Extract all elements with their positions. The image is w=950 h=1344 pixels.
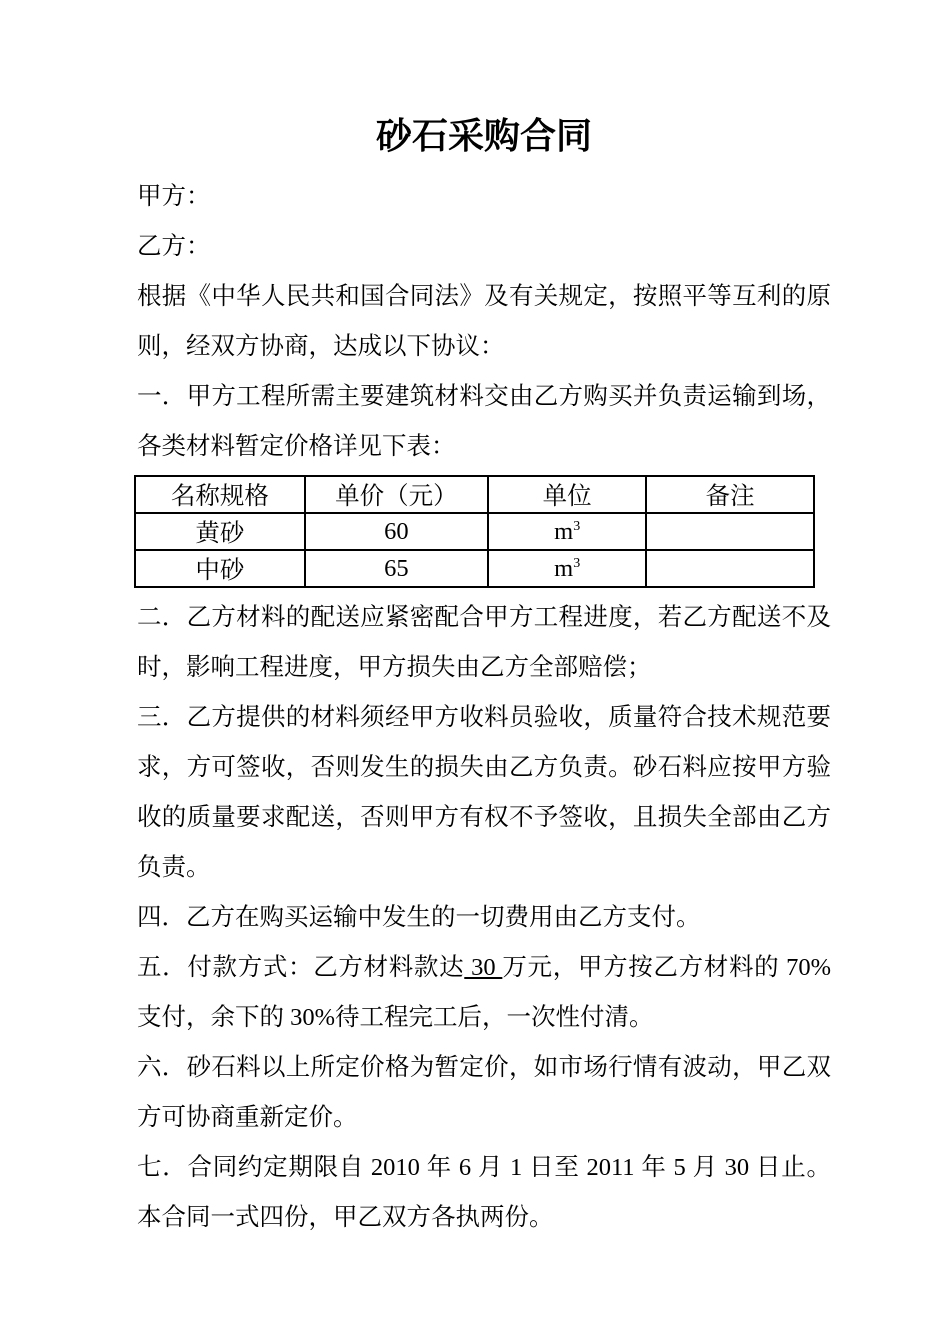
unit-exponent: 3 xyxy=(573,518,580,533)
cell-unit-price: 65 xyxy=(305,550,488,587)
clause-4: 四．乙方在购买运输中发生的一切费用由乙方支付。 xyxy=(137,893,831,943)
cell-unit-price: 60 xyxy=(305,513,488,550)
contract-document-page: 砂石采购合同 甲方： 乙方： 根据《中华人民共和国合同法》及有关规定，按照平等互… xyxy=(0,0,950,1344)
party-a-line: 甲方： xyxy=(137,172,831,222)
clause-6: 六．砂石料以上所定价格为暂定价，如市场行情有波动，甲乙双方可协商重新定价。 xyxy=(137,1043,831,1143)
clause-2: 二．乙方材料的配送应紧密配合甲方工程进度，若乙方配送不及时，影响工程进度，甲方损… xyxy=(137,593,831,693)
header-remark: 备注 xyxy=(646,476,814,513)
cell-unit: m3 xyxy=(488,513,646,550)
clause-3: 三．乙方提供的材料须经甲方收料员验收，质量符合技术规范要求，方可签收，否则发生的… xyxy=(137,693,831,893)
clause-5-text-before: 五．付款方式：乙方材料款达 xyxy=(137,954,464,981)
cell-unit: m3 xyxy=(488,550,646,587)
clause-5: 五．付款方式：乙方材料款达 30 万元，甲方按乙方材料的 70%支付，余下的 3… xyxy=(137,943,831,1043)
clause-5-amount-underlined: 30 xyxy=(464,954,502,981)
header-name-spec: 名称规格 xyxy=(135,476,305,513)
unit-exponent: 3 xyxy=(573,555,580,570)
header-unit-price: 单价（元） xyxy=(305,476,488,513)
clause-1: 一．甲方工程所需主要建筑材料交由乙方购买并负责运输到场，各类材料暂定价格详见下表… xyxy=(137,372,831,472)
header-unit: 单位 xyxy=(488,476,646,513)
unit-base: m xyxy=(554,518,573,545)
clause-7: 七．合同约定期限自 2010 年 6 月 1 日至 2011 年 5 月 30 … xyxy=(137,1143,831,1243)
table-header-row: 名称规格 单价（元） 单位 备注 xyxy=(135,476,814,513)
materials-price-table: 名称规格 单价（元） 单位 备注 黄砂 60 m3 中砂 65 m3 xyxy=(134,475,815,588)
cell-remark xyxy=(646,550,814,587)
cell-material-name: 黄砂 xyxy=(135,513,305,550)
preamble-paragraph: 根据《中华人民共和国合同法》及有关规定，按照平等互利的原则，经双方协商，达成以下… xyxy=(137,272,831,372)
cell-material-name: 中砂 xyxy=(135,550,305,587)
table-row: 中砂 65 m3 xyxy=(135,550,814,587)
table-row: 黄砂 60 m3 xyxy=(135,513,814,550)
cell-remark xyxy=(646,513,814,550)
unit-base: m xyxy=(554,555,573,582)
document-title: 砂石采购合同 xyxy=(137,112,831,160)
party-b-line: 乙方： xyxy=(137,222,831,272)
